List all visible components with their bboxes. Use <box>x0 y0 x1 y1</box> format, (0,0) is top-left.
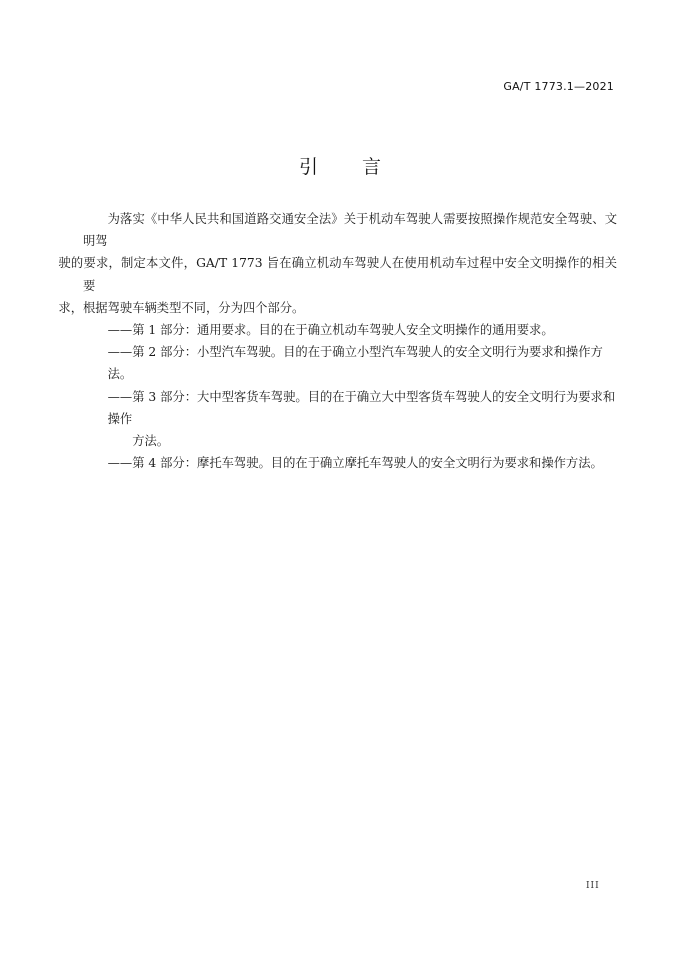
intro-paragraph: 为落实《中华人民共和国道路交通安全法》关于机动车驾驶人需要按照操作规范安全驾驶、… <box>83 208 617 319</box>
part-3-text: ——第 3 部分：大中型客货车驾驶。目的在于确立大中型客货车驾驶人的安全文明行为… <box>108 390 616 426</box>
introduction-body: 为落实《中华人民共和国道路交通安全法》关于机动车驾驶人需要按照操作规范安全驾驶、… <box>83 208 617 474</box>
part-4-text: ——第 4 部分：摩托车驾驶。目的在于确立摩托车驾驶人的安全文明行为要求和操作方… <box>108 456 603 470</box>
part-item-4: ——第 4 部分：摩托车驾驶。目的在于确立摩托车驾驶人的安全文明行为要求和操作方… <box>83 452 617 474</box>
section-title-char-1: 引 <box>299 152 318 179</box>
section-title: 引言 <box>0 152 680 179</box>
part-item-1: ——第 1 部分：通用要求。目的在于确立机动车驾驶人安全文明操作的通用要求。 <box>83 319 617 341</box>
standard-code: GA/T 1773.1—2021 <box>503 80 614 93</box>
part-item-2: ——第 2 部分：小型汽车驾驶。目的在于确立小型汽车驾驶人的安全文明行为要求和操… <box>83 341 617 385</box>
intro-line-2: 驶的要求，制定本文件，GA/T 1773 旨在确立机动车驾驶人在使用机动车过程中… <box>58 256 617 292</box>
part-item-3: ——第 3 部分：大中型客货车驾驶。目的在于确立大中型客货车驾驶人的安全文明行为… <box>83 386 617 453</box>
page-number: III <box>586 881 600 891</box>
intro-line-3: 求，根据驾驶车辆类型不同，分为四个部分。 <box>58 301 304 315</box>
part-3-continuation: 方法。 <box>108 430 617 452</box>
section-title-char-2: 言 <box>362 152 381 179</box>
part-1-text: ——第 1 部分：通用要求。目的在于确立机动车驾驶人安全文明操作的通用要求。 <box>108 323 554 337</box>
part-2-text: ——第 2 部分：小型汽车驾驶。目的在于确立小型汽车驾驶人的安全文明行为要求和操… <box>108 345 603 381</box>
intro-line-1: 为落实《中华人民共和国道路交通安全法》关于机动车驾驶人需要按照操作规范安全驾驶、… <box>83 212 617 248</box>
